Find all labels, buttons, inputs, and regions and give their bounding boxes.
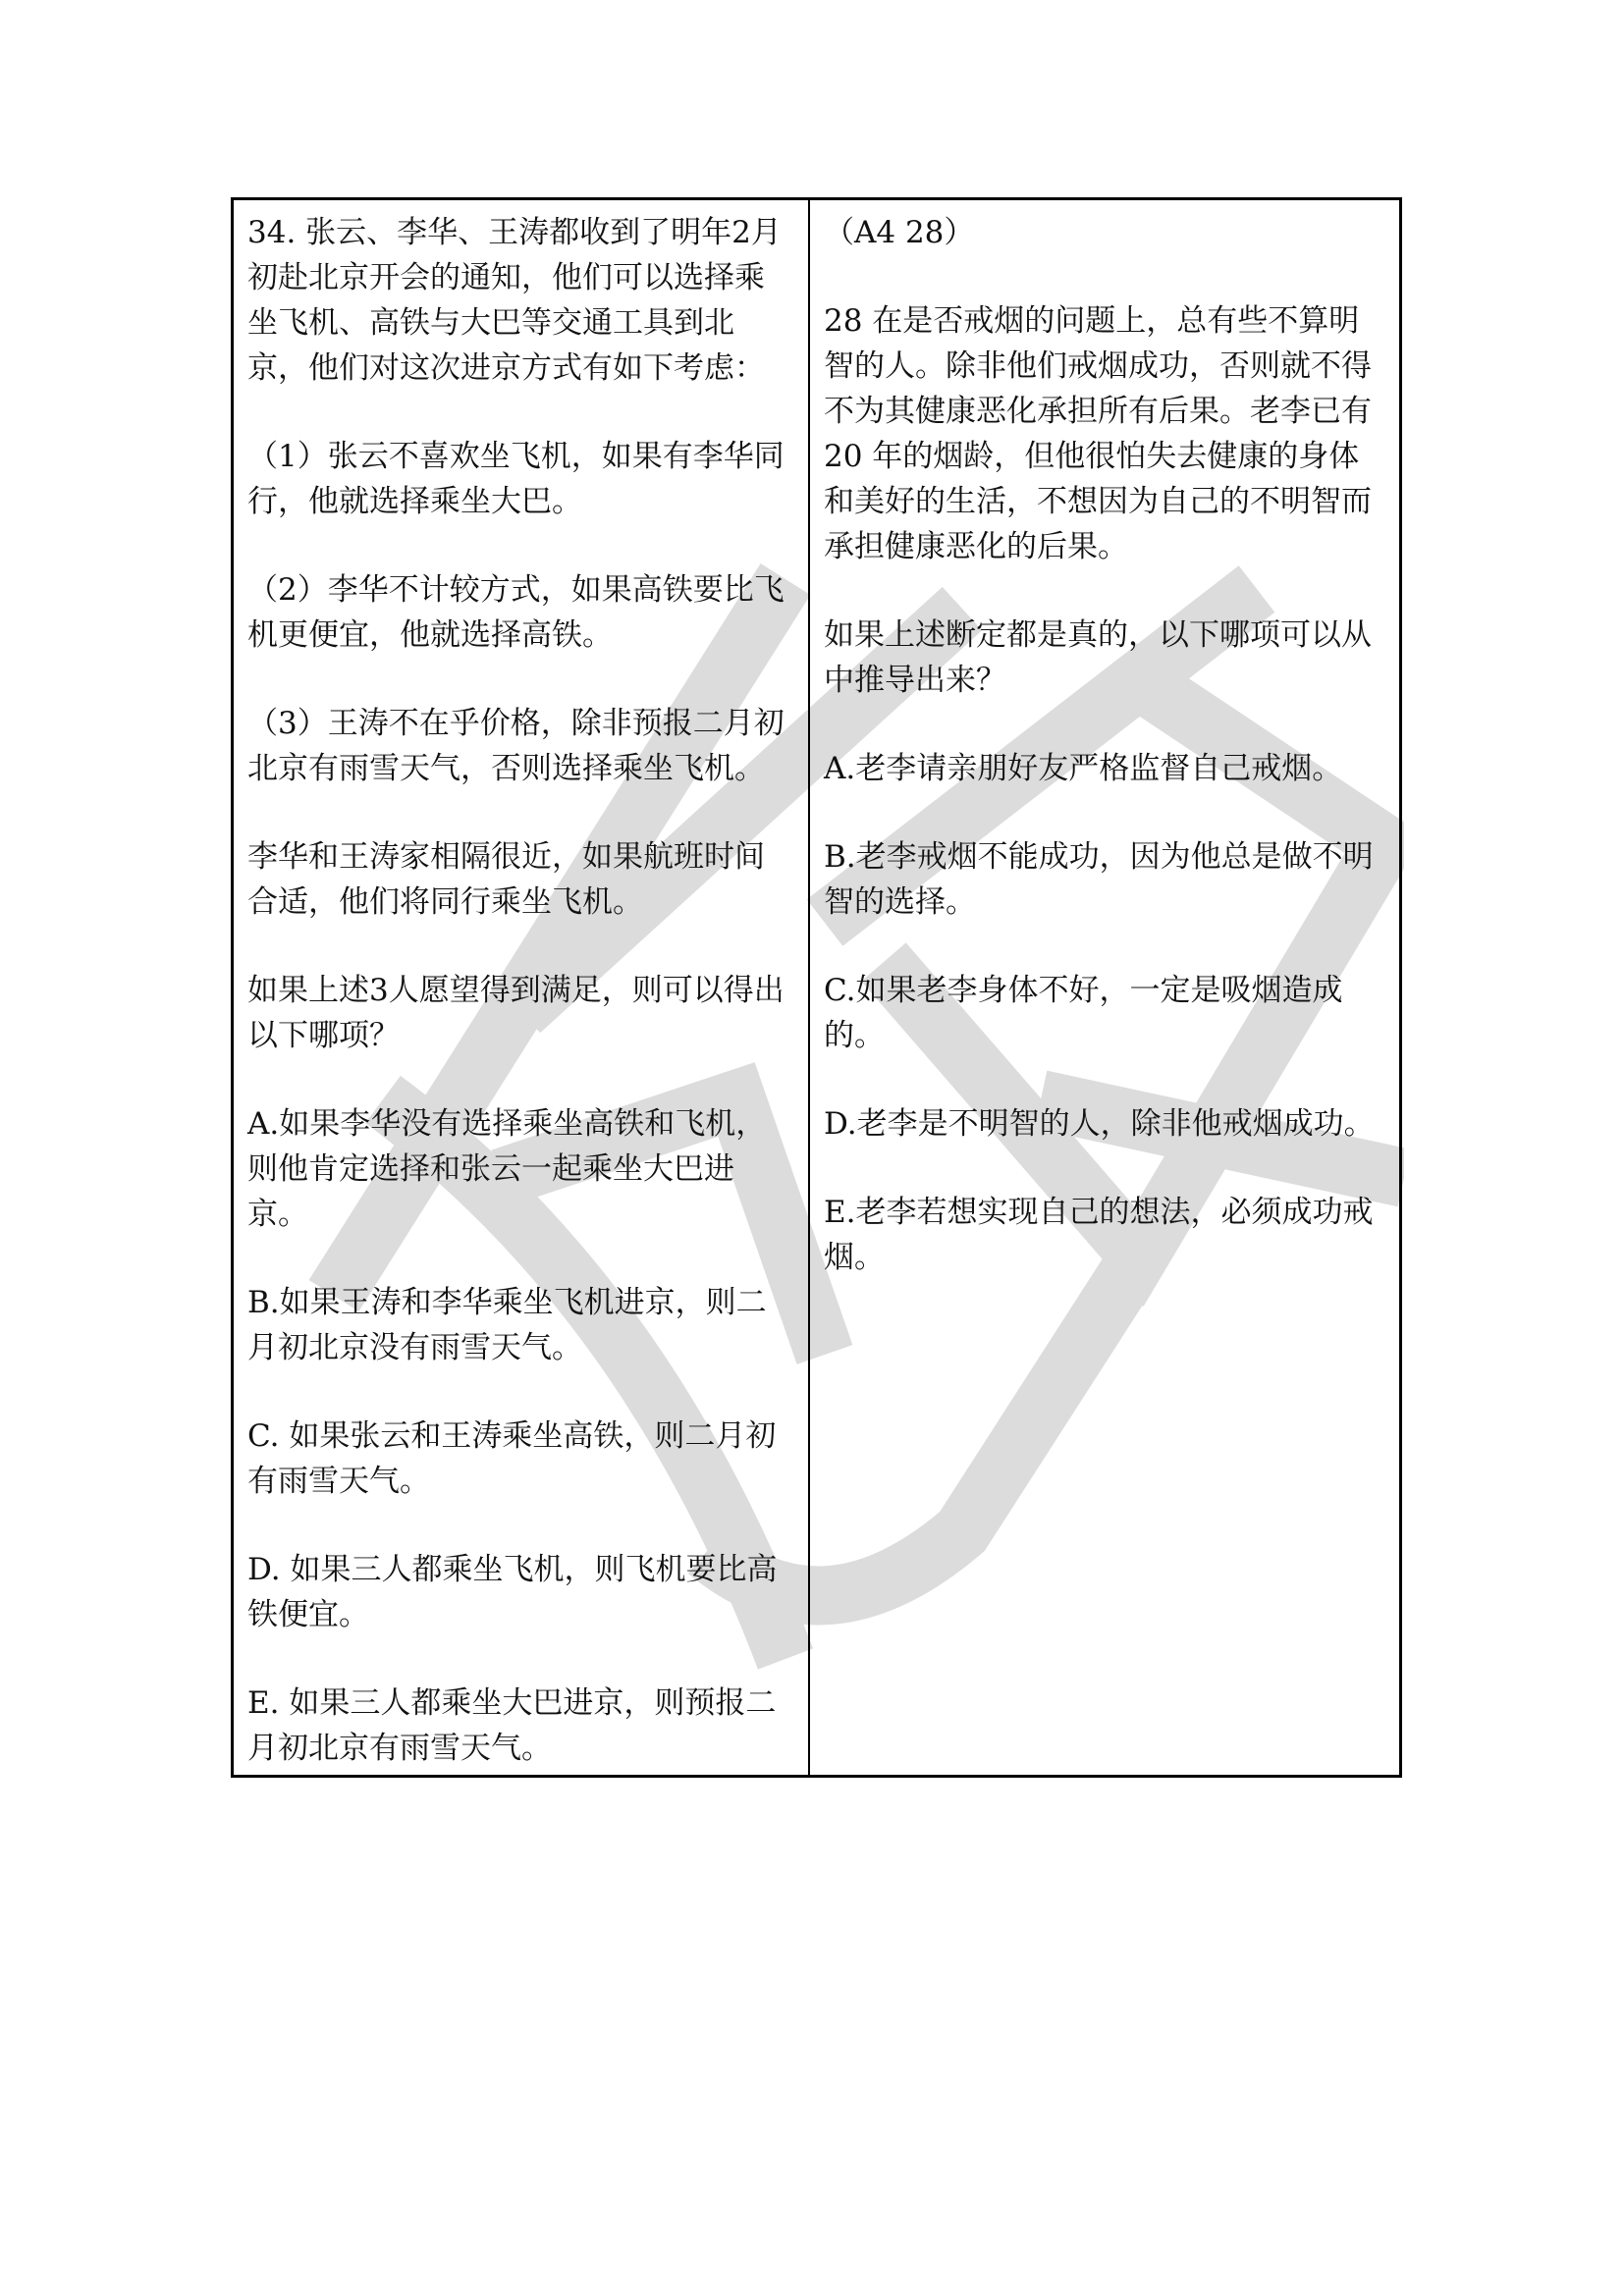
- condition-1: （1）张云不喜欢坐飞机，如果有李华同行，他就选择乘坐大巴。: [247, 434, 794, 524]
- option-a: A.老李请亲朋好友严格监督自己戒烟。: [824, 746, 1385, 791]
- option-e: E. 如果三人都乘坐大巴进京，则预报二月初北京有雨雪天气。: [247, 1681, 794, 1771]
- option-d: D.老李是不明智的人，除非他戒烟成功。: [824, 1101, 1385, 1147]
- option-b: B.老李戒烟不能成功，因为他总是做不明智的选择。: [824, 834, 1385, 925]
- option-c: C.如果老李身体不好，一定是吸烟造成的。: [824, 968, 1385, 1058]
- question-28-prompt: 如果上述断定都是真的，以下哪项可以从中推导出来？: [824, 613, 1385, 703]
- extra-condition: 李华和王涛家相隔很近，如果航班时间合适，他们将同行乘坐飞机。: [247, 834, 794, 925]
- condition-2: （2）李华不计较方式，如果高铁要比飞机更便宜，他就选择高铁。: [247, 567, 794, 658]
- question-34-prompt: 如果上述3人愿望得到满足，则可以得出以下哪项？: [247, 968, 794, 1058]
- option-b: B.如果王涛和李华乘坐飞机进京，则二月初北京没有雨雪天气。: [247, 1280, 794, 1370]
- option-d: D. 如果三人都乘坐飞机，则飞机要比高铁便宜。: [247, 1547, 794, 1637]
- option-e: E.老李若想实现自己的想法，必须成功戒烟。: [824, 1190, 1385, 1280]
- question-28-cell: （A4 28） 28 在是否戒烟的问题上，总有些不算明智的人。除非他们戒烟成功，…: [810, 200, 1399, 1775]
- question-34-stem: 34. 张云、李华、王涛都收到了明年2月初赴北京开会的通知，他们可以选择乘坐飞机…: [247, 210, 794, 391]
- question-34-cell: 34. 张云、李华、王涛都收到了明年2月初赴北京开会的通知，他们可以选择乘坐飞机…: [234, 200, 810, 1775]
- option-a: A.如果李华没有选择乘坐高铁和飞机，则他肯定选择和张云一起乘坐大巴进京。: [247, 1101, 794, 1237]
- option-c: C. 如果张云和王涛乘坐高铁，则二月初有雨雪天气。: [247, 1414, 794, 1504]
- condition-3: （3）王涛不在乎价格，除非预报二月初北京有雨雪天气，否则选择乘坐飞机。: [247, 701, 794, 791]
- question-tag: （A4 28）: [824, 210, 1385, 255]
- question-table: 34. 张云、李华、王涛都收到了明年2月初赴北京开会的通知，他们可以选择乘坐飞机…: [231, 197, 1402, 1778]
- question-28-stem: 28 在是否戒烟的问题上，总有些不算明智的人。除非他们戒烟成功，否则就不得不为其…: [824, 298, 1385, 569]
